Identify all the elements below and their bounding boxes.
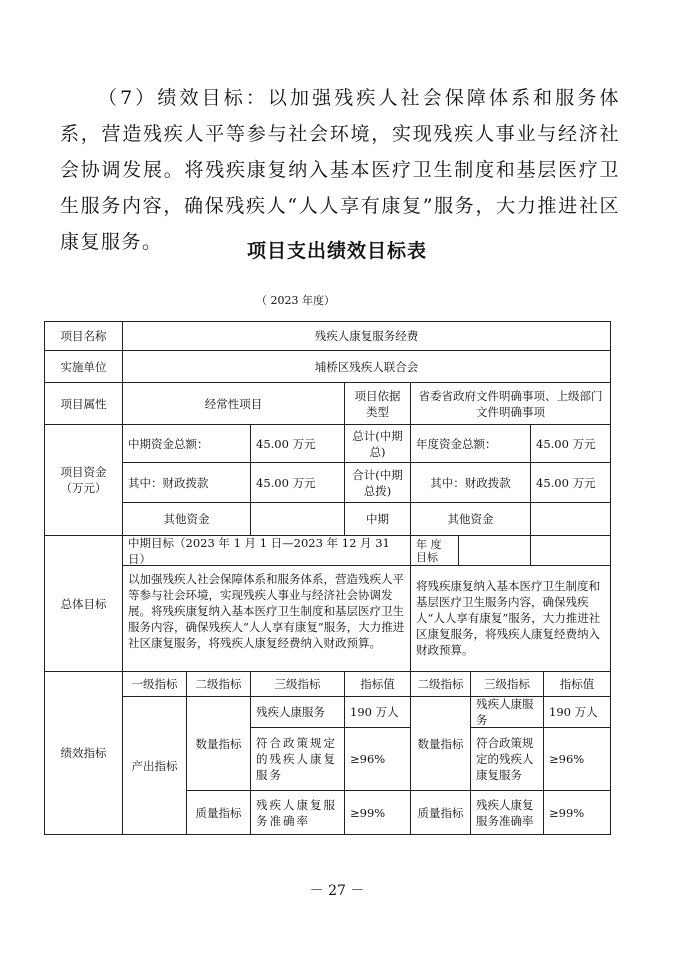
right-quantity-label: 数量指标 bbox=[410, 696, 471, 791]
annual-other-label: 其他资金 bbox=[410, 502, 531, 536]
mid-goal-text: 以加强残疾人社会保障体系和服务体系，营造残疾人平等参与社会环境，实现残疾人事业与… bbox=[122, 565, 411, 672]
total-mid-label: 总计(中期总) bbox=[344, 424, 411, 463]
attr-value: 经常性项目 bbox=[122, 382, 345, 425]
right-indicator-1: 残疾人康服务 bbox=[470, 696, 544, 728]
right-indicator-2: 符合政策规定的残疾人康复服务 bbox=[470, 727, 544, 791]
right-indicator-3: 残疾人康复服务准确率 bbox=[470, 790, 544, 835]
annual-other-value bbox=[530, 502, 611, 536]
project-name-value: 残疾人康复服务经费 bbox=[122, 321, 611, 351]
header-value-left: 指标值 bbox=[344, 671, 411, 697]
year-label: （ 2023 年度） bbox=[256, 292, 335, 308]
unit-label: 实施单位 bbox=[44, 350, 123, 383]
left-indicator-1: 残疾人康服务 bbox=[250, 696, 345, 728]
goal-label: 总体目标 bbox=[44, 535, 123, 672]
sum-mid-label: 合计(中期总拨) bbox=[344, 462, 411, 503]
perf-label: 绩效指标 bbox=[44, 671, 123, 835]
header-level2-right: 二级指标 bbox=[410, 671, 471, 697]
mid-other-value bbox=[250, 502, 345, 536]
header-level3-right: 三级指标 bbox=[470, 671, 544, 697]
unit-value: 埔桥区残疾人联合会 bbox=[122, 350, 611, 383]
left-indicator-3: 残疾人康复服务准确率 bbox=[250, 790, 345, 835]
annual-fiscal-value: 45.00 万元 bbox=[530, 462, 611, 503]
mid-total-label: 中期资金总额： bbox=[122, 424, 251, 463]
left-indicator-2: 符合政策规定的残疾人康复服务 bbox=[250, 727, 345, 791]
left-value-1: 190 万人 bbox=[344, 696, 411, 728]
mid-total-value: 45.00 万元 bbox=[250, 424, 345, 463]
mid-label: 中期 bbox=[344, 502, 411, 536]
annual-fiscal-label: 其中：财政拨款 bbox=[410, 462, 531, 503]
project-name-label: 项目名称 bbox=[44, 321, 123, 351]
page-number: － 27 － bbox=[0, 880, 674, 900]
mid-fiscal-label: 其中：财政拨款 bbox=[122, 462, 251, 503]
right-value-1: 190 万人 bbox=[543, 696, 611, 728]
left-quality-label: 质量指标 bbox=[186, 790, 251, 835]
basis-value: 省委省政府文件明确事项、上级部门文件明确事项 bbox=[410, 382, 611, 425]
annual-goal-label: 年 度 目标 bbox=[410, 535, 459, 566]
mid-other-label: 其他资金 bbox=[122, 502, 251, 536]
right-value-2: ≥96% bbox=[543, 727, 611, 791]
right-value-3: ≥99% bbox=[543, 790, 611, 835]
mid-goal-label: 中期目标（2023 年 1 月 1 日—2023 年 12 月 31 日） bbox=[122, 535, 411, 566]
header-level3-left: 三级指标 bbox=[250, 671, 345, 697]
mid-fiscal-value: 45.00 万元 bbox=[250, 462, 345, 503]
performance-goal-text: （7）绩效目标：以加强残疾人社会保障体系和服务体系，营造残疾人平等参与社会环境，… bbox=[60, 80, 620, 260]
basis-label: 项目依据类型 bbox=[344, 382, 411, 425]
header-level1: 一级指标 bbox=[122, 671, 187, 697]
intro-paragraph: （7）绩效目标：以加强残疾人社会保障体系和服务体系，营造残疾人平等参与社会环境，… bbox=[60, 80, 620, 260]
annual-total-label: 年度资金总额： bbox=[410, 424, 531, 463]
level1-output: 产出指标 bbox=[122, 696, 187, 835]
annual-goal-blank-1 bbox=[458, 535, 531, 566]
annual-goal-text: 将残疾康复纳入基本医疗卫生制度和基层医疗卫生服务内容，确保残疾人“人人享有康复”… bbox=[410, 565, 611, 672]
header-level2-left: 二级指标 bbox=[186, 671, 251, 697]
annual-total-value: 45.00 万元 bbox=[530, 424, 611, 463]
left-quantity-label: 数量指标 bbox=[186, 696, 251, 791]
table-title: 项目支出绩效目标表 bbox=[0, 236, 674, 263]
annual-goal-blank-2 bbox=[530, 535, 611, 566]
attr-label: 项目属性 bbox=[44, 382, 123, 425]
funds-label: 项目资金（万元） bbox=[44, 424, 123, 536]
header-value-right: 指标值 bbox=[543, 671, 611, 697]
right-quality-label: 质量指标 bbox=[410, 790, 471, 835]
left-value-2: ≥96% bbox=[344, 727, 411, 791]
left-value-3: ≥99% bbox=[344, 790, 411, 835]
